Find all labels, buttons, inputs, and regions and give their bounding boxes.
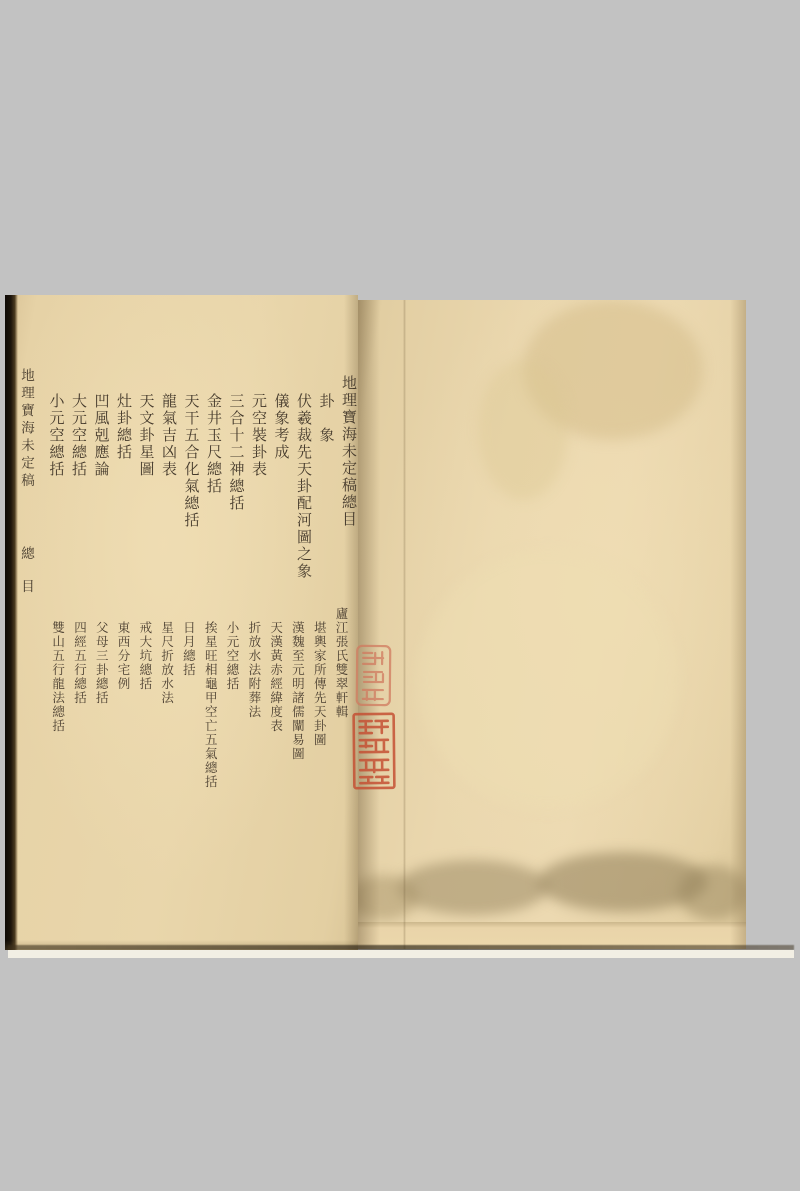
red-seal-icon — [355, 644, 393, 707]
toc-entry-column: 日月總括 — [178, 607, 200, 952]
water-stain — [418, 550, 678, 810]
book-scan: 地理寶海未定稿 總 目 地理寶海未定稿總目 卦 象 伏羲裁先天卦配河圖之象 儀象… — [0, 0, 800, 1191]
ink-blot-stain — [398, 860, 548, 915]
underleaf-white-edge — [8, 950, 794, 958]
fold-shadow — [358, 300, 380, 949]
toc-entry-column: 挨星旺相龜甲空亡五氣總括 — [199, 607, 221, 952]
toc-entry-column: 折放水法附葬法 — [243, 607, 265, 952]
compiler-column: 廬江張氏雙翠軒輯 — [330, 607, 352, 952]
toc-entry-column: 天漢黃赤經緯度表 — [265, 607, 287, 952]
page-edge-shadow — [730, 300, 746, 949]
page-crease — [403, 300, 406, 949]
toc-entry-column: 小元空總括 — [221, 607, 243, 952]
toc-entry-column: 漢魏至元明諸儒闡易圖 — [287, 607, 309, 952]
water-stain — [478, 360, 568, 500]
toc-entry-column: 東西分宅例 — [112, 607, 134, 952]
toc-entry-column: 雙山五行龍法總括 — [47, 607, 69, 952]
toc-entry-column: 父母三卦總括 — [90, 607, 112, 952]
toc-entry-column: 戒大坑總括 — [134, 607, 156, 952]
toc-entry-column: 四經五行總括 — [69, 607, 91, 952]
red-seal-icon — [352, 712, 397, 790]
right-page — [358, 300, 746, 949]
toc-entry-column: 星尺折放水法 — [156, 607, 178, 952]
toc-section-2: 廬江張氏雙翠軒輯 堪輿家所傳先天卦圖 漢魏至元明諸儒闡易圖 天漢黃赤經緯度表 折… — [30, 607, 352, 952]
toc-entry-column: 堪輿家所傳先天卦圖 — [308, 607, 330, 952]
